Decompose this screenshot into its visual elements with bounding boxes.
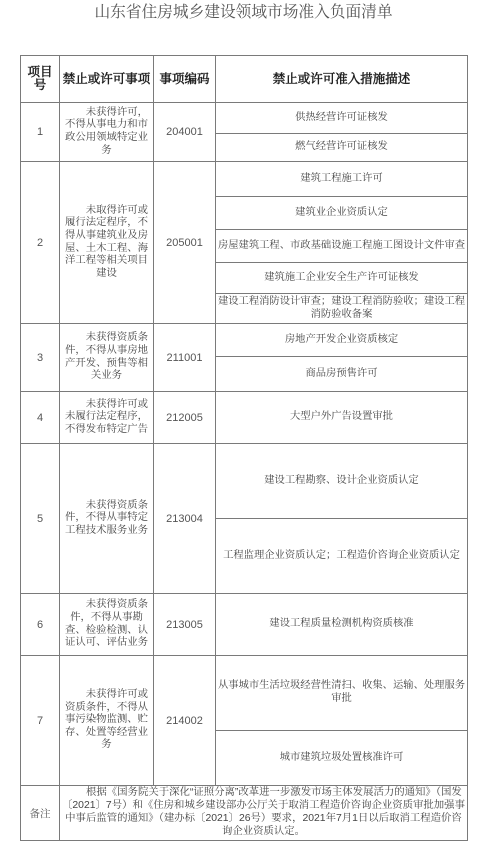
- prohibited-item-cell: 未获得资质条件，不得从事房地产开发、预售等相关业务: [60, 324, 154, 392]
- table-header-row: 项目号 禁止或许可事项 事项编码 禁止或许可准入措施描述: [21, 56, 468, 103]
- item-number-cell: 3: [21, 324, 60, 392]
- measure-cell: 商品房预售许可: [216, 357, 468, 392]
- header-measure-description: 禁止或许可准入措施描述: [216, 56, 468, 103]
- header-item-code: 事项编码: [154, 56, 216, 103]
- prohibited-item-cell: 未获得资质条件，不得从事勘查、检验检测、认证认可、评估业务: [60, 594, 154, 656]
- measure-cell: 工程监理企业资质认定；工程造价咨询企业资质认定: [216, 519, 468, 594]
- remark-row: 备注 根据《国务院关于深化“证照分离”改革进一步激发市场主体发展活力的通知》（国…: [21, 786, 468, 841]
- negative-list-table: 项目号 禁止或许可事项 事项编码 禁止或许可准入措施描述 1 未获得许可，不得从…: [20, 55, 468, 841]
- prohibited-item-cell: 未取得许可或履行法定程序，不得从事建筑业及房屋、土木工程、海洋工程等相关项目建设: [60, 162, 154, 324]
- item-code-cell: 212005: [154, 392, 216, 444]
- item-number-cell: 1: [21, 103, 60, 162]
- measure-cell: 建设工程质量检测机构资质核准: [216, 594, 468, 656]
- item-code-cell: 214002: [154, 656, 216, 786]
- item-code-cell: 205001: [154, 162, 216, 324]
- table-row: 6 未获得资质条件，不得从事勘查、检验检测、认证认可、评估业务 213005 建…: [21, 594, 468, 656]
- table-row: 5 未获得资质条件，不得从事特定工程技术服务业务 213004 建设工程勘察、设…: [21, 444, 468, 519]
- item-number-cell: 6: [21, 594, 60, 656]
- item-number-cell: 7: [21, 656, 60, 786]
- item-number-cell: 5: [21, 444, 60, 594]
- table-row: 7 未获得许可或资质条件，不得从事污染物监测、贮存、处置等经营业务 214002…: [21, 656, 468, 731]
- measure-cell: 城市建筑垃圾处置核准许可: [216, 731, 468, 786]
- measure-cell: 建设工程勘察、设计企业资质认定: [216, 444, 468, 519]
- prohibited-item-cell: 未获得许可，不得从事电力和市政公用领域特定业务: [60, 103, 154, 162]
- prohibited-item-cell: 未获得资质条件，不得从事特定工程技术服务业务: [60, 444, 154, 594]
- measure-cell: 建设工程消防设计审查；建设工程消防验收；建设工程消防验收备案: [216, 294, 468, 324]
- table-row: 4 未获得许可或未履行法定程序，不得发布特定广告 212005 大型户外广告设置…: [21, 392, 468, 444]
- page-title: 山东省住房城乡建设领域市场准入负面清单: [20, 4, 467, 22]
- measure-cell: 供热经营许可证核发: [216, 103, 468, 134]
- measure-cell: 房地产开发企业资质核定: [216, 324, 468, 357]
- measure-cell: 从事城市生活垃圾经营性清扫、收集、运输、处理服务审批: [216, 656, 468, 731]
- table-row: 3 未获得资质条件，不得从事房地产开发、预售等相关业务 211001 房地产开发…: [21, 324, 468, 357]
- measure-cell: 燃气经营许可证核发: [216, 134, 468, 162]
- measure-cell: 建筑工程施工许可: [216, 162, 468, 197]
- prohibited-item-cell: 未获得许可或未履行法定程序，不得发布特定广告: [60, 392, 154, 444]
- header-prohibited-item: 禁止或许可事项: [60, 56, 154, 103]
- measure-cell: 房屋建筑工程、市政基础设施工程施工图设计文件审查: [216, 230, 468, 263]
- item-code-cell: 204001: [154, 103, 216, 162]
- remark-text: 根据《国务院关于深化“证照分离”改革进一步激发市场主体发展活力的通知》（国发〔2…: [60, 786, 468, 841]
- item-code-cell: 213004: [154, 444, 216, 594]
- prohibited-item-cell: 未获得许可或资质条件，不得从事污染物监测、贮存、处置等经营业务: [60, 656, 154, 786]
- table-row: 2 未取得许可或履行法定程序，不得从事建筑业及房屋、土木工程、海洋工程等相关项目…: [21, 162, 468, 197]
- item-code-cell: 211001: [154, 324, 216, 392]
- measure-cell: 大型户外广告设置审批: [216, 392, 468, 444]
- item-number-cell: 4: [21, 392, 60, 444]
- table-row: 1 未获得许可，不得从事电力和市政公用领域特定业务 204001 供热经营许可证…: [21, 103, 468, 134]
- item-code-cell: 213005: [154, 594, 216, 656]
- measure-cell: 建筑施工企业安全生产许可证核发: [216, 263, 468, 294]
- remark-label: 备注: [21, 786, 60, 841]
- measure-cell: 建筑业企业资质认定: [216, 197, 468, 230]
- item-number-cell: 2: [21, 162, 60, 324]
- header-item-number: 项目号: [21, 56, 60, 103]
